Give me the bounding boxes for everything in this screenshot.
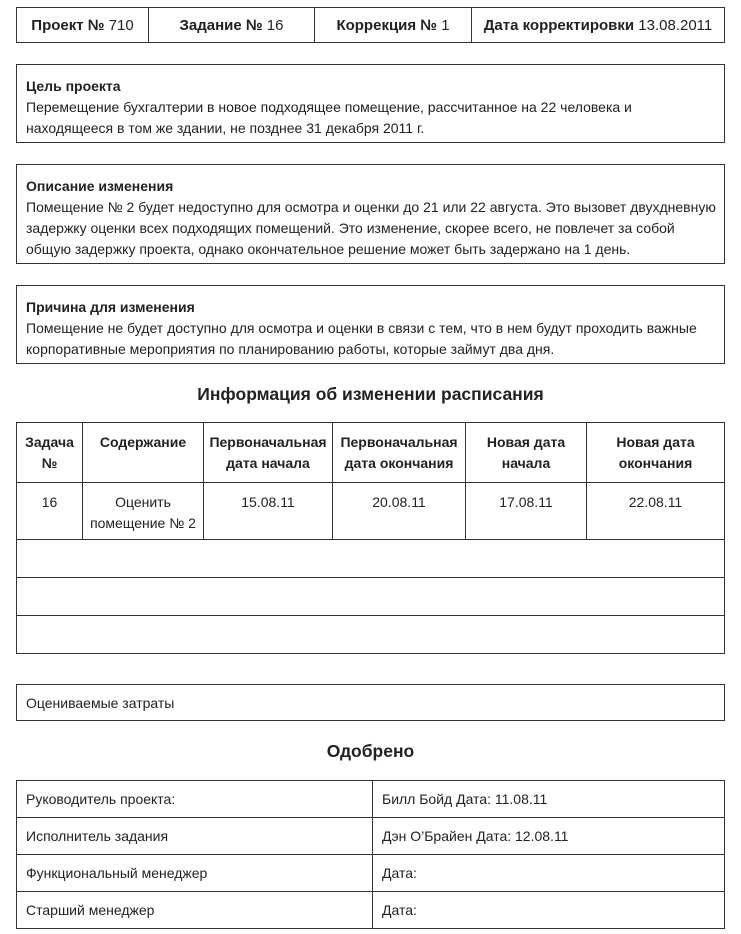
change-description-text: Помещение № 2 будет недоступно для осмот…	[26, 197, 716, 260]
cell-content: Оценить помещение № 2	[83, 483, 204, 540]
approval-table: Руководитель проекта: Билл Бойд Дата: 11…	[16, 780, 725, 929]
task-number-value: 16	[267, 17, 284, 34]
change-description-title: Описание изменения	[26, 176, 716, 197]
cell-orig-start: 15.08.11	[204, 483, 333, 540]
cell-new-start: 17.08.11	[466, 483, 587, 540]
empty-row-cell[interactable]	[17, 616, 725, 654]
estimated-costs-field[interactable]: Оцениваемые затраты	[16, 684, 725, 721]
form-header: Проект № 710 Задание № 16 Коррекция № 1 …	[16, 7, 725, 43]
project-number-label: Проект №	[31, 17, 104, 34]
empty-table-row	[17, 578, 725, 616]
cell-orig-end: 20.08.11	[333, 483, 466, 540]
change-reason-text: Помещение не будет доступно для осмотра …	[26, 318, 716, 360]
approval-role: Старший менеджер	[17, 892, 373, 929]
approval-row: Функциональный менеджер Дата:	[17, 855, 725, 892]
cell-new-end: 22.08.11	[587, 483, 725, 540]
schedule-header-row: Задача № Содержание Первоначальная дата …	[17, 423, 725, 483]
task-number-cell: Задание № 16	[149, 8, 315, 42]
approval-signoff[interactable]: Дата:	[373, 892, 725, 929]
column-header-orig-start: Первоначальная дата начала	[204, 423, 333, 483]
approval-signoff[interactable]: Дэн О’Брайен Дата: 12.08.11	[373, 818, 725, 855]
project-goal-text: Перемещение бухгалтерии в новое подходящ…	[26, 97, 716, 139]
task-number-label: Задание №	[180, 17, 263, 34]
estimated-costs-label: Оцениваемые затраты	[26, 695, 174, 711]
empty-table-row	[17, 616, 725, 654]
column-header-content: Содержание	[83, 423, 204, 483]
column-header-orig-end: Первоначальная дата окончания	[333, 423, 466, 483]
correction-number-value: 1	[441, 17, 449, 34]
column-header-new-start: Новая дата начала	[466, 423, 587, 483]
correction-number-label: Коррекция №	[336, 17, 437, 34]
approval-row: Исполнитель задания Дэн О’Брайен Дата: 1…	[17, 818, 725, 855]
approval-role: Исполнитель задания	[17, 818, 373, 855]
project-goal-title: Цель проекта	[26, 76, 716, 97]
empty-row-cell[interactable]	[17, 578, 725, 616]
table-row: 16 Оценить помещение № 2 15.08.11 20.08.…	[17, 483, 725, 540]
approval-row: Руководитель проекта: Билл Бойд Дата: 11…	[17, 781, 725, 818]
approval-role: Функциональный менеджер	[17, 855, 373, 892]
change-reason-box: Причина для изменения Помещение не будет…	[16, 285, 725, 364]
column-header-task-no: Задача №	[17, 423, 83, 483]
project-number-cell: Проект № 710	[17, 8, 149, 42]
approval-signoff[interactable]: Билл Бойд Дата: 11.08.11	[373, 781, 725, 818]
approval-role: Руководитель проекта:	[17, 781, 373, 818]
empty-table-row	[17, 540, 725, 578]
schedule-section-title: Информация об изменении расписания	[0, 384, 741, 405]
schedule-table: Задача № Содержание Первоначальная дата …	[16, 422, 725, 654]
approval-section-title: Одобрено	[0, 741, 741, 762]
cell-task-no: 16	[17, 483, 83, 540]
approval-row: Старший менеджер Дата:	[17, 892, 725, 929]
correction-number-cell: Коррекция № 1	[315, 8, 472, 42]
change-description-box: Описание изменения Помещение № 2 будет н…	[16, 164, 725, 264]
correction-date-value: 13.08.2011	[638, 17, 712, 34]
correction-date-cell: Дата корректировки 13.08.2011	[472, 8, 724, 42]
project-goal-box: Цель проекта Перемещение бухгалтерии в н…	[16, 64, 725, 143]
approval-signoff[interactable]: Дата:	[373, 855, 725, 892]
correction-date-label: Дата корректировки	[484, 17, 634, 34]
empty-row-cell[interactable]	[17, 540, 725, 578]
change-reason-title: Причина для изменения	[26, 297, 716, 318]
column-header-new-end: Новая дата окончания	[587, 423, 725, 483]
project-number-value: 710	[109, 17, 134, 34]
